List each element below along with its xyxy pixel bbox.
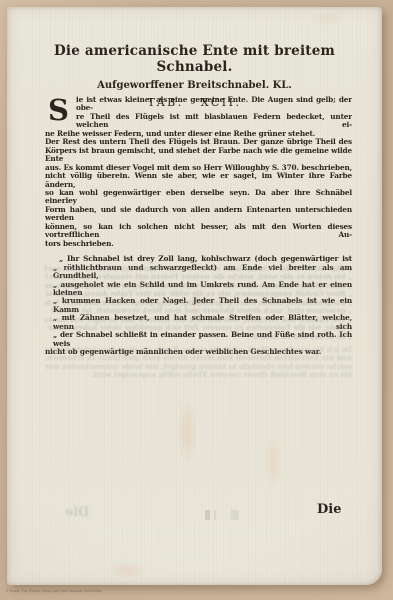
text-line: aus. Es kommt dieser Vogel mit dem so He… <box>45 164 352 172</box>
text-line: nicht völlig überein. Wenn sie aber, wie… <box>45 172 352 189</box>
text-line: Der Rest des untern Theil des Flügels is… <box>45 138 352 146</box>
faint-pencil-marks <box>205 510 247 520</box>
text-line: tors beschrieben. <box>45 240 352 248</box>
body-text: S ie ist etwas kleiner als eine gemeine … <box>45 96 352 357</box>
text-line: nicht ob gegenwärtige männlichen oder we… <box>45 348 352 356</box>
text-line: so kan wohl gegenwärtiger eben derselbe … <box>45 189 352 206</box>
scanned-book-page: Die americanische Ente mit breitem Schna… <box>0 0 393 600</box>
bleedthrough-line: bis zu dem Beschluß dieser zweyten Theil… <box>45 371 352 379</box>
bleedthrough-line: solche werden hier ebenfalls in kurzen g… <box>45 363 352 371</box>
paragraph-1: S ie ist etwas kleiner als eine gemeine … <box>45 96 352 248</box>
text-line: ie ist etwas kleiner als eine gemeine En… <box>76 96 352 113</box>
page-subtitle: Aufgeworffener Breitschnabel. KL. <box>22 80 367 91</box>
text-line: „ Ihr Schnabel ist drey Zoll lang, kohls… <box>45 255 352 263</box>
text-line: „ der Schnabel schließt in einander pass… <box>45 331 352 348</box>
text-line: „ mit Zähnen besetzet, und hat schmale S… <box>45 314 352 331</box>
text-line: re Theil des Flügels ist mit blasblauen … <box>76 113 352 130</box>
archive-credit-line: © Evans. The Picture Library and Rare Mu… <box>6 589 102 593</box>
text-line: Körpers ist braun gemischt, und siehet d… <box>45 147 352 164</box>
text-line: „ krummen Hacken oder Nagel. Jeder Theil… <box>45 297 352 314</box>
page-title: Die americanische Ente mit breitem Schna… <box>22 43 367 75</box>
paragraph-2-quotation: „ Ihr Schnabel ist drey Zoll lang, kohls… <box>45 255 352 356</box>
paper-sheet: Die americanische Ente mit breitem Schna… <box>7 7 382 585</box>
catchword: Die <box>317 502 341 517</box>
text-line: „ röthlichtbraun und schwarzgefleckt) am… <box>45 264 352 281</box>
bleedthrough-catchword: Die <box>65 505 89 520</box>
text-line: können, so kan ich solchen nicht besser,… <box>45 223 352 240</box>
text-line: „ ausgeholet wie ein Schild und im Umkre… <box>45 281 352 298</box>
text-line: ne Reihe weisser Federn, und unter diese… <box>45 130 352 138</box>
ornamental-initial: S <box>45 97 72 123</box>
text-line: Form haben, und sie dadurch von allen an… <box>45 206 352 223</box>
